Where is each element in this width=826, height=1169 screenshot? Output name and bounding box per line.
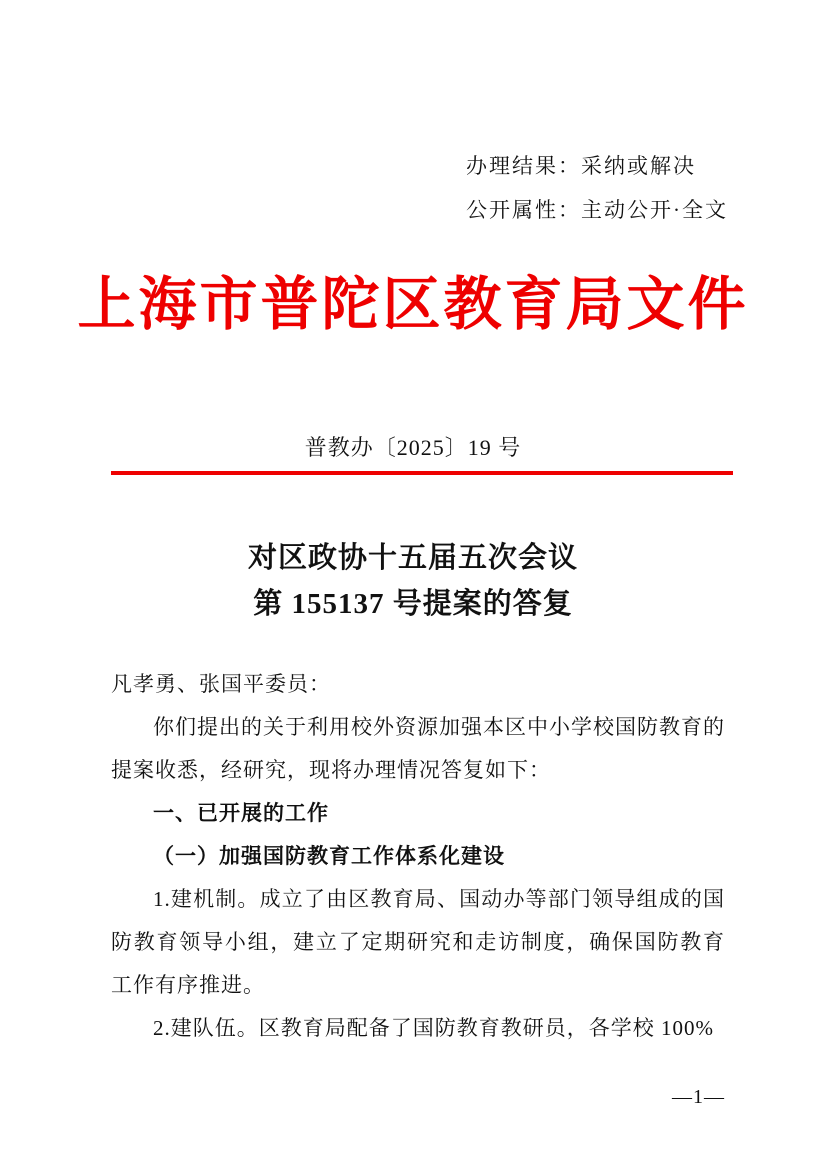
- page-number: —1—: [672, 1084, 725, 1110]
- salutation: 凡孝勇、张国平委员：: [111, 663, 725, 706]
- document-title-line1: 对区政协十五届五次会议: [0, 535, 826, 581]
- subsection-heading-1-1: （一）加强国防教育工作体系化建设: [111, 835, 725, 878]
- document-page: 办理结果：采纳或解决 公开属性：主动公开·全文 上海市普陀区教育局文件 普教办〔…: [0, 0, 826, 1169]
- processing-info: 办理结果：采纳或解决 公开属性：主动公开·全文: [466, 144, 728, 232]
- section-heading-1: 一、已开展的工作: [111, 792, 725, 835]
- processing-result-line: 办理结果：采纳或解决: [466, 144, 728, 188]
- document-number: 普教办〔2025〕19 号: [0, 434, 826, 462]
- red-divider-rule: [111, 471, 733, 475]
- document-body: 凡孝勇、张国平委员： 你们提出的关于利用校外资源加强本区中小学校国防教育的提案收…: [111, 663, 725, 1050]
- document-title-line2: 第 155137 号提案的答复: [0, 581, 826, 627]
- agency-banner-title: 上海市普陀区教育局文件: [0, 272, 826, 338]
- paragraph-item-1: 1.建机制。成立了由区教育局、国动办等部门领导组成的国防教育领导小组，建立了定期…: [111, 878, 725, 1007]
- disclosure-attribute-line: 公开属性：主动公开·全文: [466, 188, 728, 232]
- paragraph-item-2: 2.建队伍。区教育局配备了国防教育教研员，各学校 100%: [111, 1007, 725, 1050]
- paragraph-intro: 你们提出的关于利用校外资源加强本区中小学校国防教育的提案收悉，经研究，现将办理情…: [111, 706, 725, 792]
- document-title: 对区政协十五届五次会议 第 155137 号提案的答复: [0, 535, 826, 627]
